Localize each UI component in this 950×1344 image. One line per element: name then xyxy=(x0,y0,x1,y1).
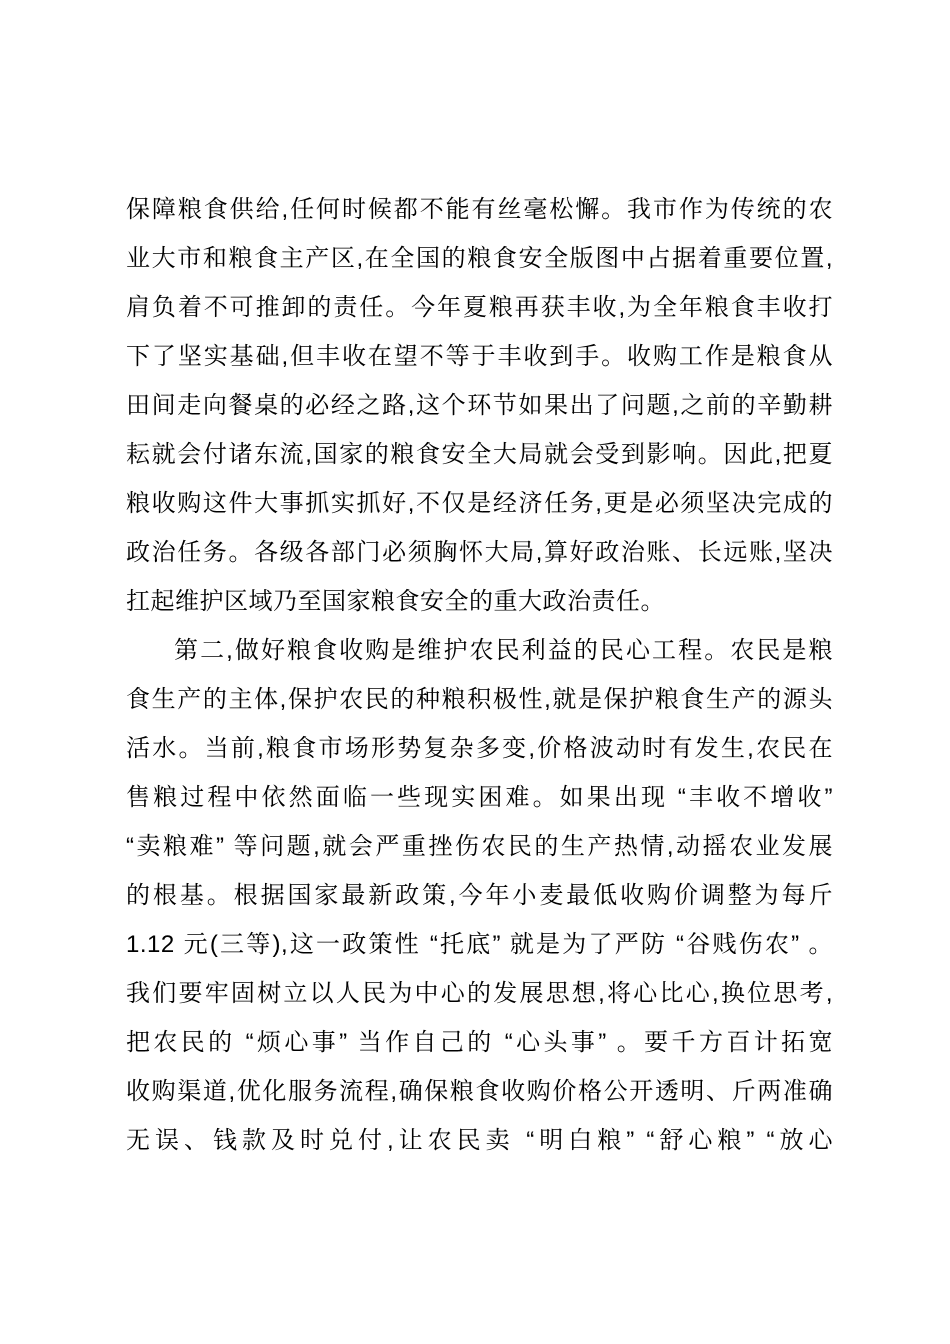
text-line: 粮收购这件大事抓实抓好,不仅是经济任务,更是必须坚决完成的 xyxy=(126,479,833,528)
text-line: 政治任务。各级各部门必须胸怀大局,算好政治账、长远账,坚决 xyxy=(126,528,833,577)
text-line: 的根基。根据国家最新政策,今年小麦最低收购价调整为每斤 xyxy=(126,871,833,920)
text-line: 收购渠道,优化服务流程,确保粮食收购价格公开透明、斤两准确 xyxy=(126,1067,833,1116)
text-line: 业大市和粮食主产区,在全国的粮食安全版图中占据着重要位置, xyxy=(126,234,833,283)
text-line: 第二,做好粮食收购是维护农民利益的民心工程。农民是粮 xyxy=(126,626,833,675)
paragraph: 第二,做好粮食收购是维护农民利益的民心工程。农民是粮食生产的主体,保护农民的种粮… xyxy=(126,626,833,1165)
document-page: 保障粮食供给,任何时候都不能有丝毫松懈。我市作为传统的农业大市和粮食主产区,在全… xyxy=(0,0,950,1344)
text-line: 1.12 元(三等),这一政策性 “托底” 就是为了严防 “谷贱伤农” 。 xyxy=(126,920,833,969)
text-line: 把农民的 “烦心事” 当作自己的 “心头事” 。要千方百计拓宽 xyxy=(126,1018,833,1067)
text-line: 扛起维护区域乃至国家粮食安全的重大政治责任。 xyxy=(126,577,833,626)
text-line: 售粮过程中依然面临一些现实困难。如果出现 “丰收不增收” xyxy=(126,773,833,822)
text-line: 肩负着不可推卸的责任。今年夏粮再获丰收,为全年粮食丰收打 xyxy=(126,283,833,332)
text-line: 田间走向餐桌的必经之路,这个环节如果出了问题,之前的辛勤耕 xyxy=(126,381,833,430)
document-text-block: 保障粮食供给,任何时候都不能有丝毫松懈。我市作为传统的农业大市和粮食主产区,在全… xyxy=(126,185,833,1165)
text-line: 无误、钱款及时兑付,让农民卖 “明白粮” “舒心粮” “放心 xyxy=(126,1116,833,1165)
text-line: “卖粮难” 等问题,就会严重挫伤农民的生产热情,动摇农业发展 xyxy=(126,822,833,871)
text-line: 活水。当前,粮食市场形势复杂多变,价格波动时有发生,农民在 xyxy=(126,724,833,773)
paragraph: 保障粮食供给,任何时候都不能有丝毫松懈。我市作为传统的农业大市和粮食主产区,在全… xyxy=(126,185,833,626)
text-line: 保障粮食供给,任何时候都不能有丝毫松懈。我市作为传统的农 xyxy=(126,185,833,234)
text-line: 我们要牢固树立以人民为中心的发展思想,将心比心,换位思考, xyxy=(126,969,833,1018)
text-line: 食生产的主体,保护农民的种粮积极性,就是保护粮食生产的源头 xyxy=(126,675,833,724)
text-line: 耘就会付诸东流,国家的粮食安全大局就会受到影响。因此,把夏 xyxy=(126,430,833,479)
text-line: 下了坚实基础,但丰收在望不等于丰收到手。收购工作是粮食从 xyxy=(126,332,833,381)
